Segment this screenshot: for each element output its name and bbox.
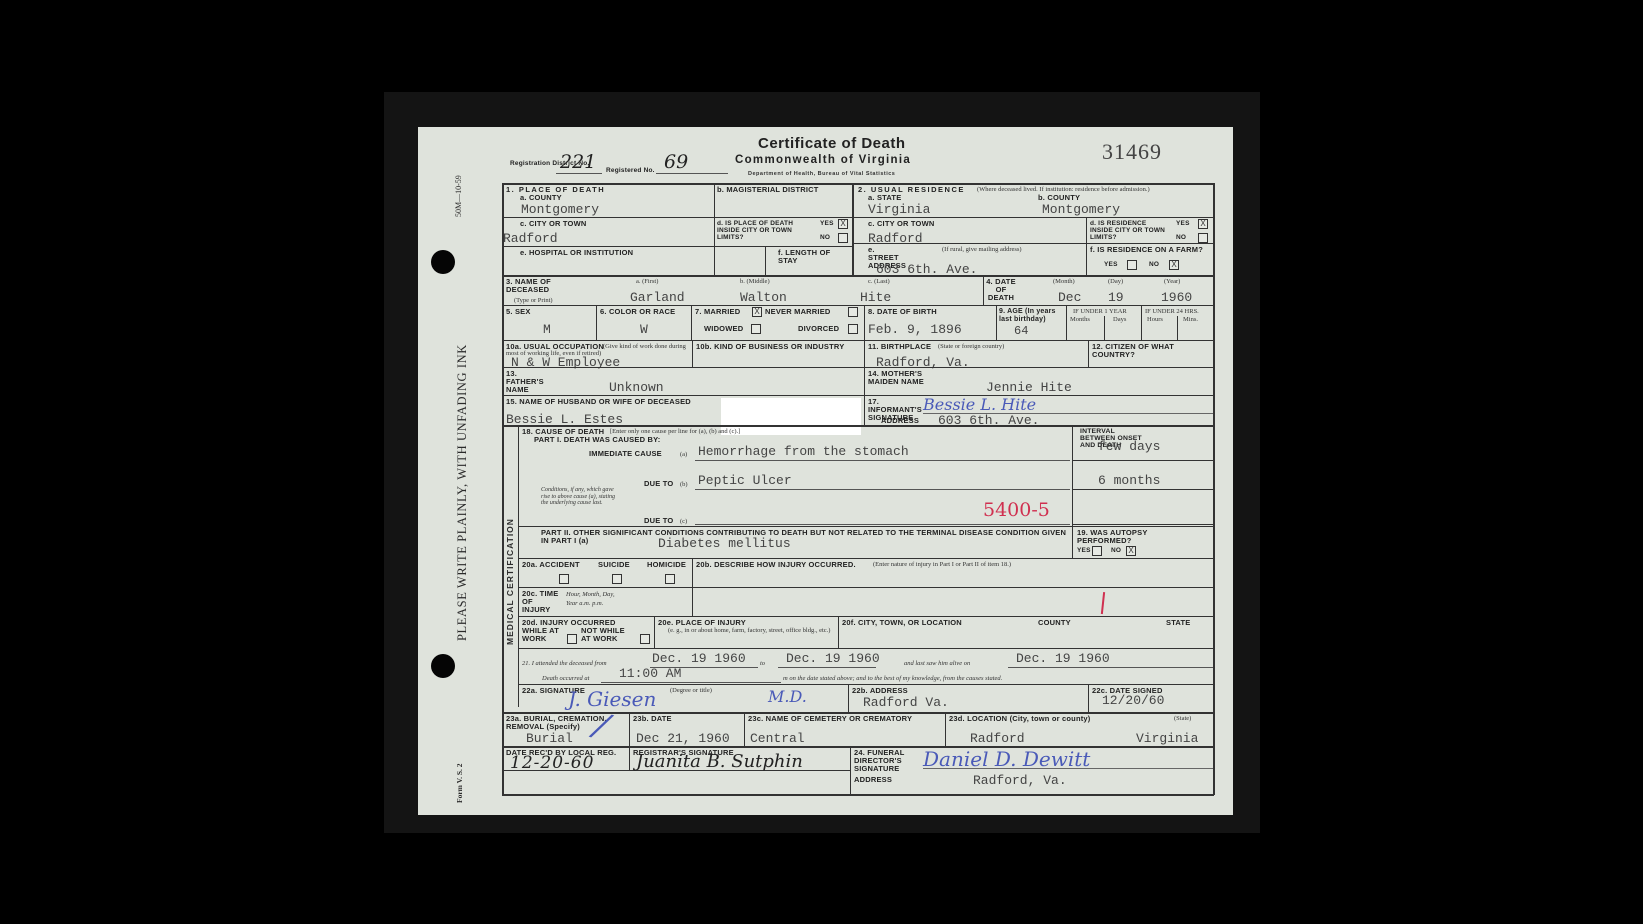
res-county: Montgomery [1042, 202, 1120, 217]
name-label: 3. NAME OF DECEASED [506, 278, 566, 294]
magisterial-district-label: b. MAGISTERIAL DISTRICT [717, 186, 819, 194]
accident-checkbox[interactable] [559, 574, 569, 584]
date-signed: 12/20/60 [1102, 693, 1164, 708]
death-day: 19 [1108, 290, 1124, 305]
name-note: (Type or Print) [514, 297, 553, 304]
registered-no: 69 [664, 151, 688, 173]
physician-address: Radford Va. [863, 695, 949, 710]
cemetery: Central [750, 731, 805, 746]
part2-label: PART II. OTHER SIGNIFICANT CONDITIONS CO… [541, 529, 1071, 545]
funeral-address: Radford, Va. [973, 773, 1067, 788]
pod-inside-limits-no-checkbox[interactable] [838, 233, 848, 243]
last-saw-alive: Dec. 19 1960 [1016, 651, 1110, 666]
cause-a: Hemorrhage from the stomach [698, 444, 909, 459]
length-of-stay-label: f. LENGTH OF STAY [778, 249, 848, 265]
date-of-birth: Feb. 9, 1896 [868, 322, 962, 337]
interval-b: 6 months [1098, 473, 1160, 488]
res-city-label: c. CITY OR TOWN [868, 220, 934, 228]
medical-certification-label: MEDICAL CERTIFICATION [505, 518, 515, 645]
pod-county: Montgomery [521, 202, 599, 217]
while-at-work-checkbox[interactable] [567, 634, 577, 644]
pod-inside-limits-yes-checkbox[interactable]: X [838, 219, 848, 229]
father-name: Unknown [609, 380, 664, 395]
registrar-signature: Juanita B. Sutphin [636, 751, 803, 772]
death-year: 1960 [1161, 290, 1192, 305]
suicide-checkbox[interactable] [612, 574, 622, 584]
widowed-checkbox[interactable] [751, 324, 761, 334]
race: W [640, 322, 648, 337]
sex: M [543, 322, 551, 337]
pod-city-label: c. CITY OR TOWN [520, 220, 586, 228]
physician-signature: J. Giesen [568, 687, 656, 711]
certificate-title: Certificate of Death [758, 135, 906, 152]
physician-title: M.D. [768, 687, 807, 706]
res-farm-label: f. IS RESIDENCE ON A FARM? [1090, 246, 1203, 254]
department-name: Department of Health, Bureau of Vital St… [748, 171, 895, 177]
form-code-top: 50M—10-59 [454, 175, 463, 217]
pod-county-label: a. COUNTY [520, 194, 562, 202]
mother-maiden-name: Jennie Hite [986, 380, 1072, 395]
divorced-checkbox[interactable] [848, 324, 858, 334]
res-inside-limits-no-checkbox[interactable] [1198, 233, 1208, 243]
redaction-box [721, 398, 861, 435]
middle-name: Walton [740, 290, 787, 305]
age: 64 [1014, 324, 1028, 338]
pod-inside-limits-label: d. IS PLACE OF DEATH INSIDE CITY OR TOWN… [717, 220, 809, 241]
burial-location-city: Radford [970, 731, 1025, 746]
cause-b: Peptic Ulcer [698, 473, 792, 488]
hospital-label: e. HOSPITAL OR INSTITUTION [520, 249, 633, 257]
disposition: Burial [526, 731, 573, 746]
homicide-checkbox[interactable] [665, 574, 675, 584]
date-received: 12-20-60 [510, 753, 594, 773]
res-state: Virginia [868, 202, 930, 217]
registration-district-no: 221 [560, 151, 596, 173]
last-name: Hite [860, 290, 891, 305]
married-checkbox[interactable]: X [752, 307, 762, 317]
autopsy-no-checkbox[interactable]: X [1126, 546, 1136, 556]
certificate-subtitle: Commonwealth of Virginia [735, 154, 911, 166]
usual-residence-note: (Where deceased lived. If institution: r… [977, 186, 1150, 193]
res-street-note: (If rural, give mailing address) [942, 246, 1022, 253]
cause-code-annotation: 5400-5 [983, 499, 1050, 521]
res-inside-limits-label: d. IS RESIDENCE INSIDE CITY OR TOWN LIMI… [1090, 220, 1170, 241]
registered-no-label: Registered No. [606, 167, 655, 175]
death-time: 11:00 AM [619, 666, 681, 681]
res-state-label: a. STATE [868, 194, 901, 202]
death-month: Dec [1058, 290, 1081, 305]
death-certificate: 50M—10-59 PLEASE WRITE PLAINLY, WITH UNF… [418, 127, 1233, 815]
never-married-checkbox[interactable] [848, 307, 858, 317]
part2-conditions: Diabetes mellitus [658, 536, 791, 551]
attended-from: Dec. 19 1960 [652, 651, 746, 666]
farm-no-checkbox[interactable]: X [1169, 260, 1179, 270]
margin-instruction: PLEASE WRITE PLAINLY, WITH UNFADING INK [455, 344, 470, 641]
red-pen-mark [1101, 592, 1105, 614]
res-inside-limits-yes-checkbox[interactable]: X [1198, 219, 1208, 229]
not-while-at-work-checkbox[interactable] [640, 634, 650, 644]
pod-city: Radford [503, 231, 558, 246]
informant-signature: Bessie L. Hite [923, 395, 1036, 414]
interval-a: few days [1098, 439, 1160, 454]
res-county-label: b. COUNTY [1038, 194, 1080, 202]
punch-hole [431, 250, 455, 274]
farm-yes-checkbox[interactable] [1127, 260, 1137, 270]
autopsy-yes-checkbox[interactable] [1092, 546, 1102, 556]
burial-date: Dec 21, 1960 [636, 731, 730, 746]
form-code-bottom: Form V. S. 2 [455, 763, 464, 803]
punch-hole [431, 654, 455, 678]
certificate-number: 31469 [1102, 139, 1162, 165]
conditions-note: Conditions, if any, which gave rise to a… [541, 487, 617, 507]
attended-to: Dec. 19 1960 [786, 651, 880, 666]
date-of-death-label: 4. DATE OF DEATH [986, 278, 1016, 302]
burial-location-state: Virginia [1136, 731, 1198, 746]
first-name: Garland [630, 290, 685, 305]
